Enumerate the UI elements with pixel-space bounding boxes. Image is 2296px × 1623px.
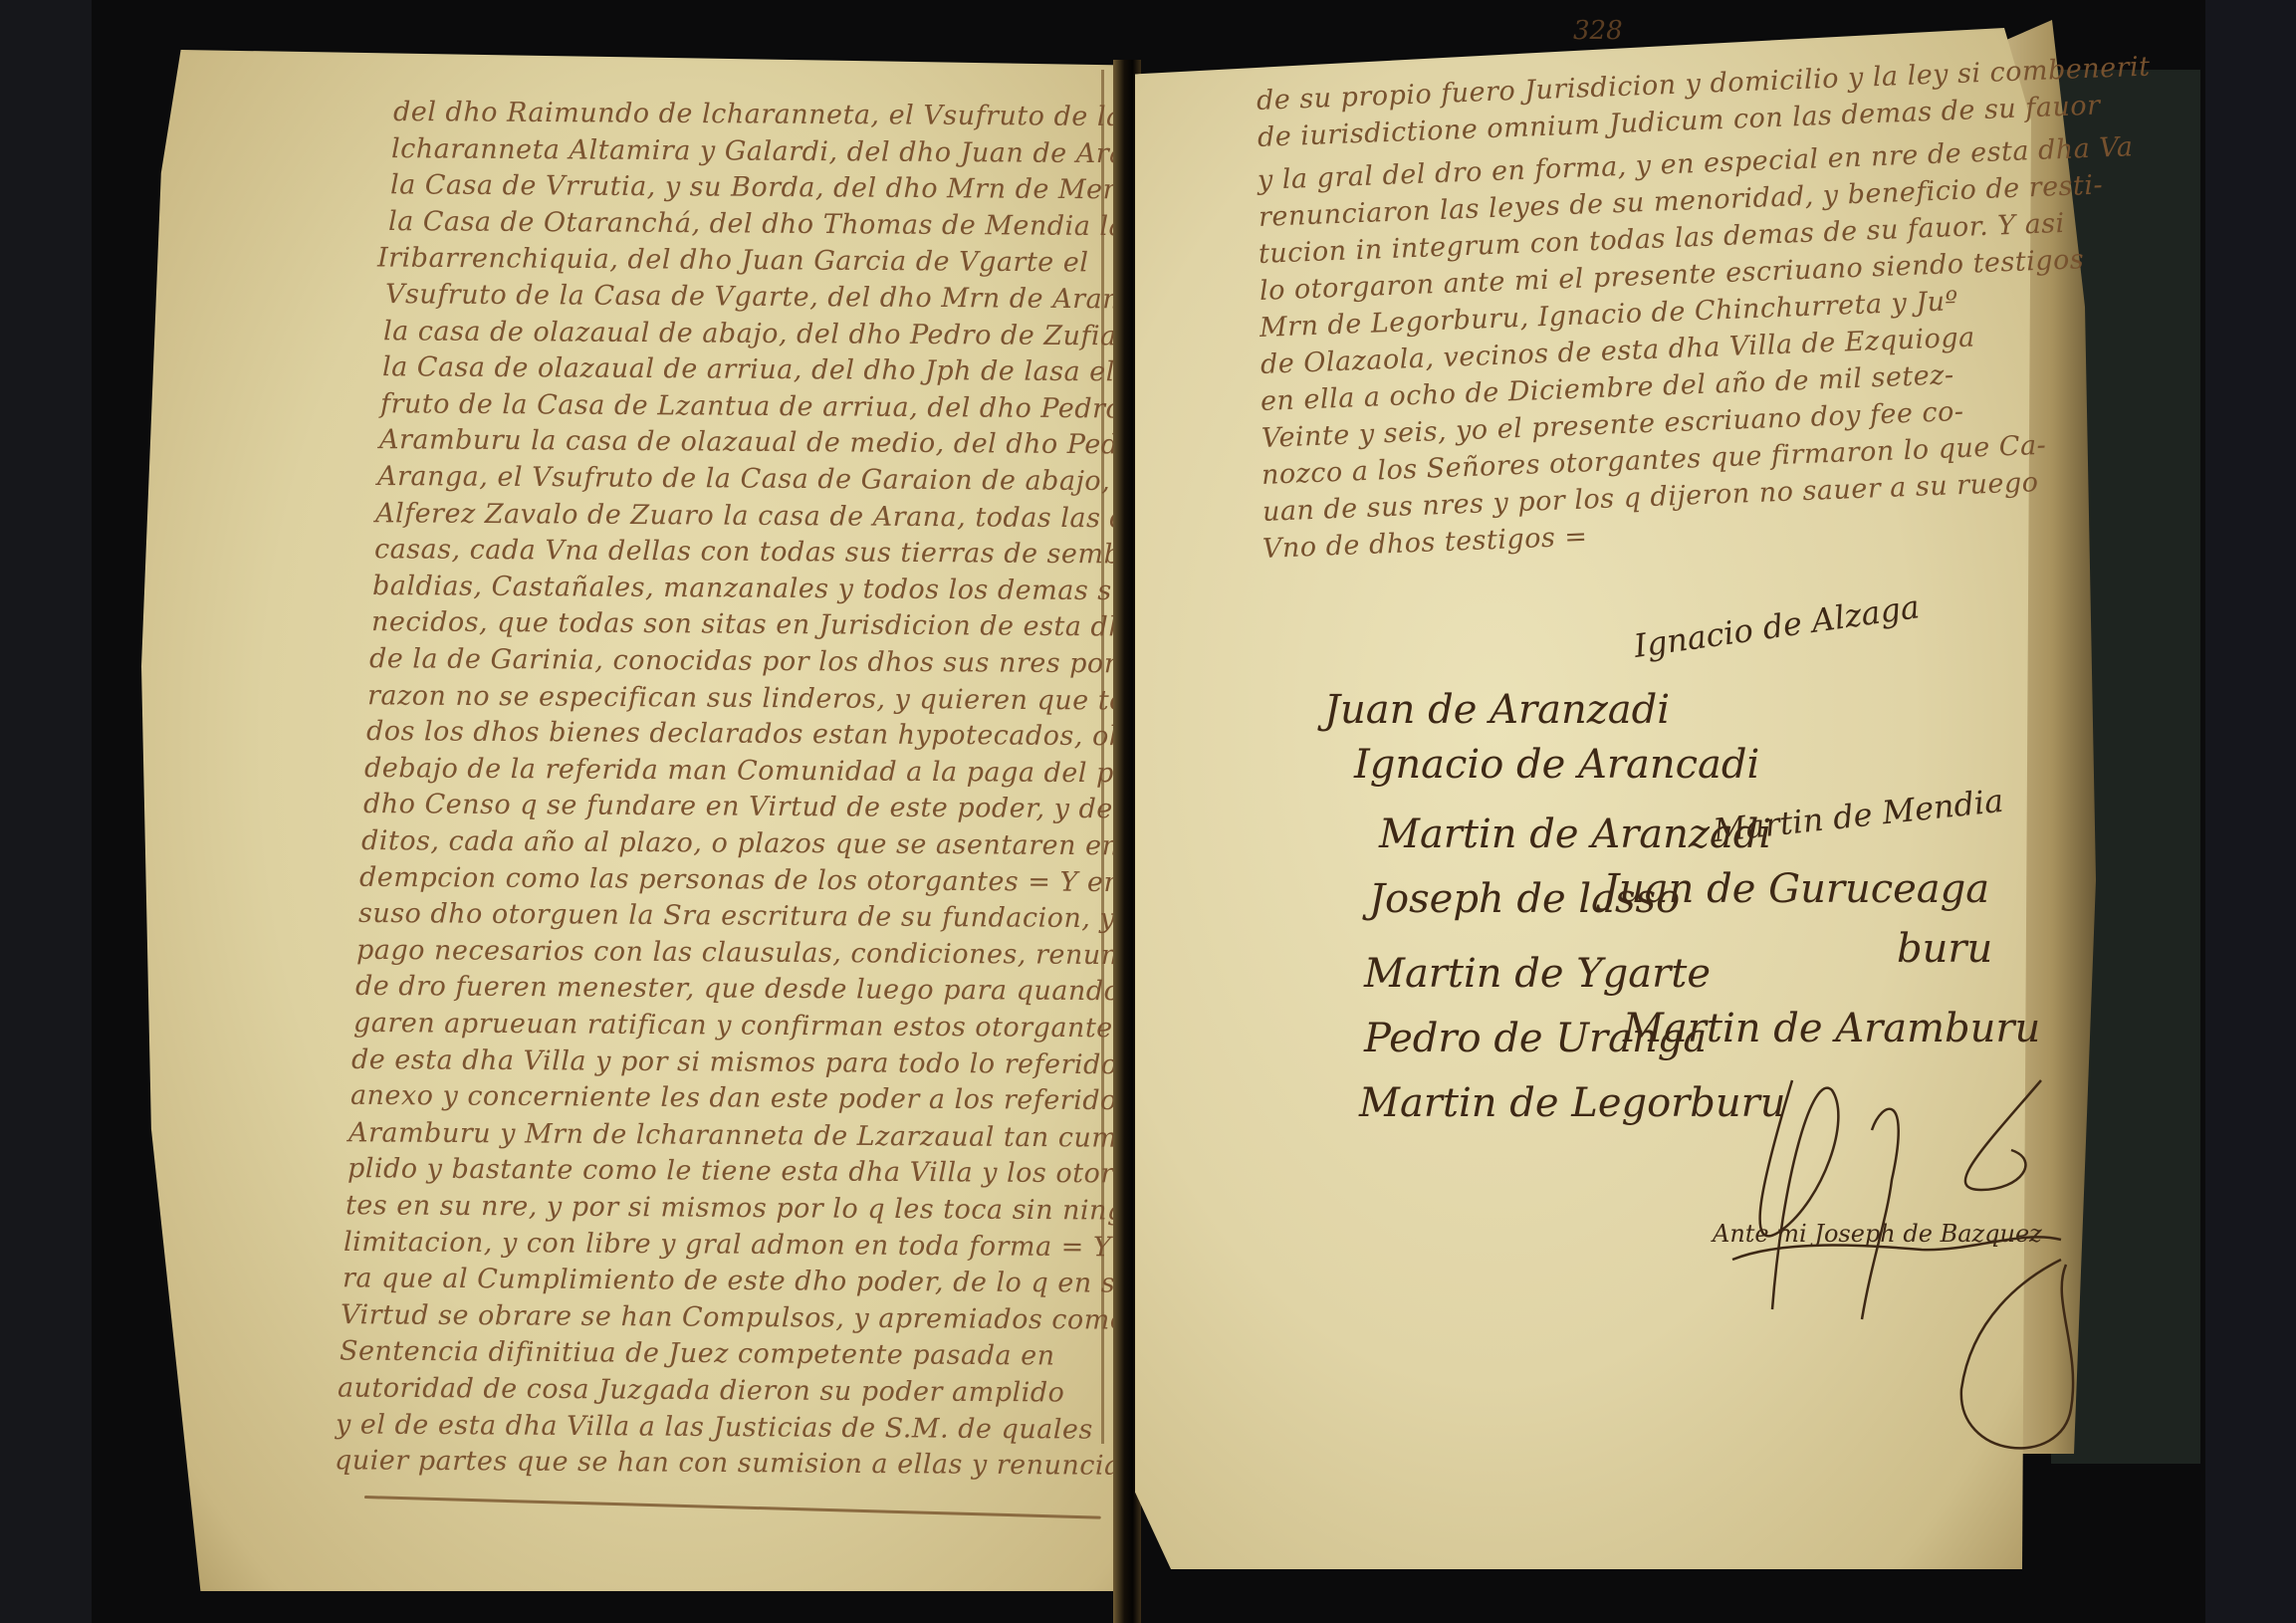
manuscript-line: plido y bastante como le tiene esta dha … bbox=[346, 1153, 1175, 1190]
manuscript-line: y el de esta dha Villa a las Justicias d… bbox=[336, 1409, 1093, 1445]
notary-signature: Ante mi Joseph de Bazquez bbox=[1713, 1220, 2042, 1248]
manuscript-line: de la de Garinia, conocidas por los dhos… bbox=[369, 643, 1186, 680]
manuscript-line: limitacion, y con libre y gral admon en … bbox=[344, 1227, 1217, 1264]
manuscript-line: Aramburu y Mrn de lcharanneta de Lzarzau… bbox=[348, 1117, 1127, 1153]
signature: Martin de Ygarte bbox=[1364, 951, 1711, 997]
manuscript-line: autoridad de cosa Juzgada dieron su pode… bbox=[338, 1372, 1065, 1408]
folio-number: 328 bbox=[1573, 16, 1623, 46]
signature: Martin de Aramburu bbox=[1623, 1006, 2040, 1051]
manuscript-line: Sentencia difinitiua de Juez competente … bbox=[339, 1336, 1054, 1372]
signature: Juan de Guruceaga bbox=[1603, 866, 1989, 912]
manuscript-line: garen aprueuan ratifican y confirman est… bbox=[353, 1008, 1228, 1044]
manuscript-line: suso dho otorguen la Sra escritura de su… bbox=[358, 898, 1241, 935]
notary-rubric: Ante mi Joseph de Bazquez bbox=[1722, 1060, 2141, 1479]
scan-border-left bbox=[0, 0, 92, 1623]
manuscript-line: Alferez Zavalo de Zuaro la casa de Arana… bbox=[375, 498, 1176, 535]
manuscript-line: quier partes que se han con sumision a e… bbox=[335, 1445, 1121, 1482]
manuscript-line: dho Censo q se fundare en Virtud de este… bbox=[362, 789, 1216, 825]
manuscript-line: de esta dha Villa y por si mismos para t… bbox=[351, 1043, 1239, 1080]
signature: Ignacio de Arancadi bbox=[1354, 742, 1759, 788]
manuscript-line: lcharanneta Altamira y Galardi, del dho … bbox=[391, 133, 1219, 170]
manuscript-line: Iribarrenchiquia, del dho Juan Garcia de… bbox=[376, 243, 1088, 279]
manuscript-line: tes en su nre, y por si mismos por lo q … bbox=[345, 1190, 1142, 1227]
manuscript-line: Aramburu la casa de olazaual de medio, d… bbox=[378, 425, 1191, 462]
manuscript-line: baldias, Castañales, manzanales y todos … bbox=[372, 571, 1238, 607]
signature: buru bbox=[1897, 926, 1992, 972]
manuscript-line: Virtud se obrare se han Compulsos, y apr… bbox=[341, 1299, 1154, 1336]
manuscript-line: Vsufruto de la Casa de Vgarte, del dho M… bbox=[385, 279, 1195, 316]
manuscript-line: debajo de la referida man Comunidad a la… bbox=[364, 753, 1206, 790]
manuscript-line: casas, cada Vna dellas con todas sus tie… bbox=[374, 534, 1165, 571]
manuscript-line: la Casa de Vrrutia, y su Borda, del dho … bbox=[390, 169, 1164, 205]
manuscript-line: la casa de olazaual de abajo, del dho Pe… bbox=[383, 316, 1178, 352]
manuscript-line: necidos, que todas son sitas en Jurisdic… bbox=[370, 607, 1185, 644]
manuscript-line: dos los dhos bienes declarados estan hyp… bbox=[366, 716, 1228, 753]
manuscript-line: la Casa de olazaual de arriua, del dho J… bbox=[382, 351, 1186, 388]
scan-border-right bbox=[2205, 0, 2296, 1623]
manuscript-line: ra que al Cumplimiento de este dho poder… bbox=[343, 1263, 1133, 1299]
manuscript-line: razon no se especifican sus linderos, y … bbox=[367, 680, 1136, 716]
manuscript-line: fruto de la Casa de Lzantua de arriua, d… bbox=[380, 388, 1166, 425]
manuscript-line: ditos, cada año al plazo, o plazos que s… bbox=[361, 825, 1210, 862]
signature: Juan de Aranzadi bbox=[1324, 687, 1670, 733]
